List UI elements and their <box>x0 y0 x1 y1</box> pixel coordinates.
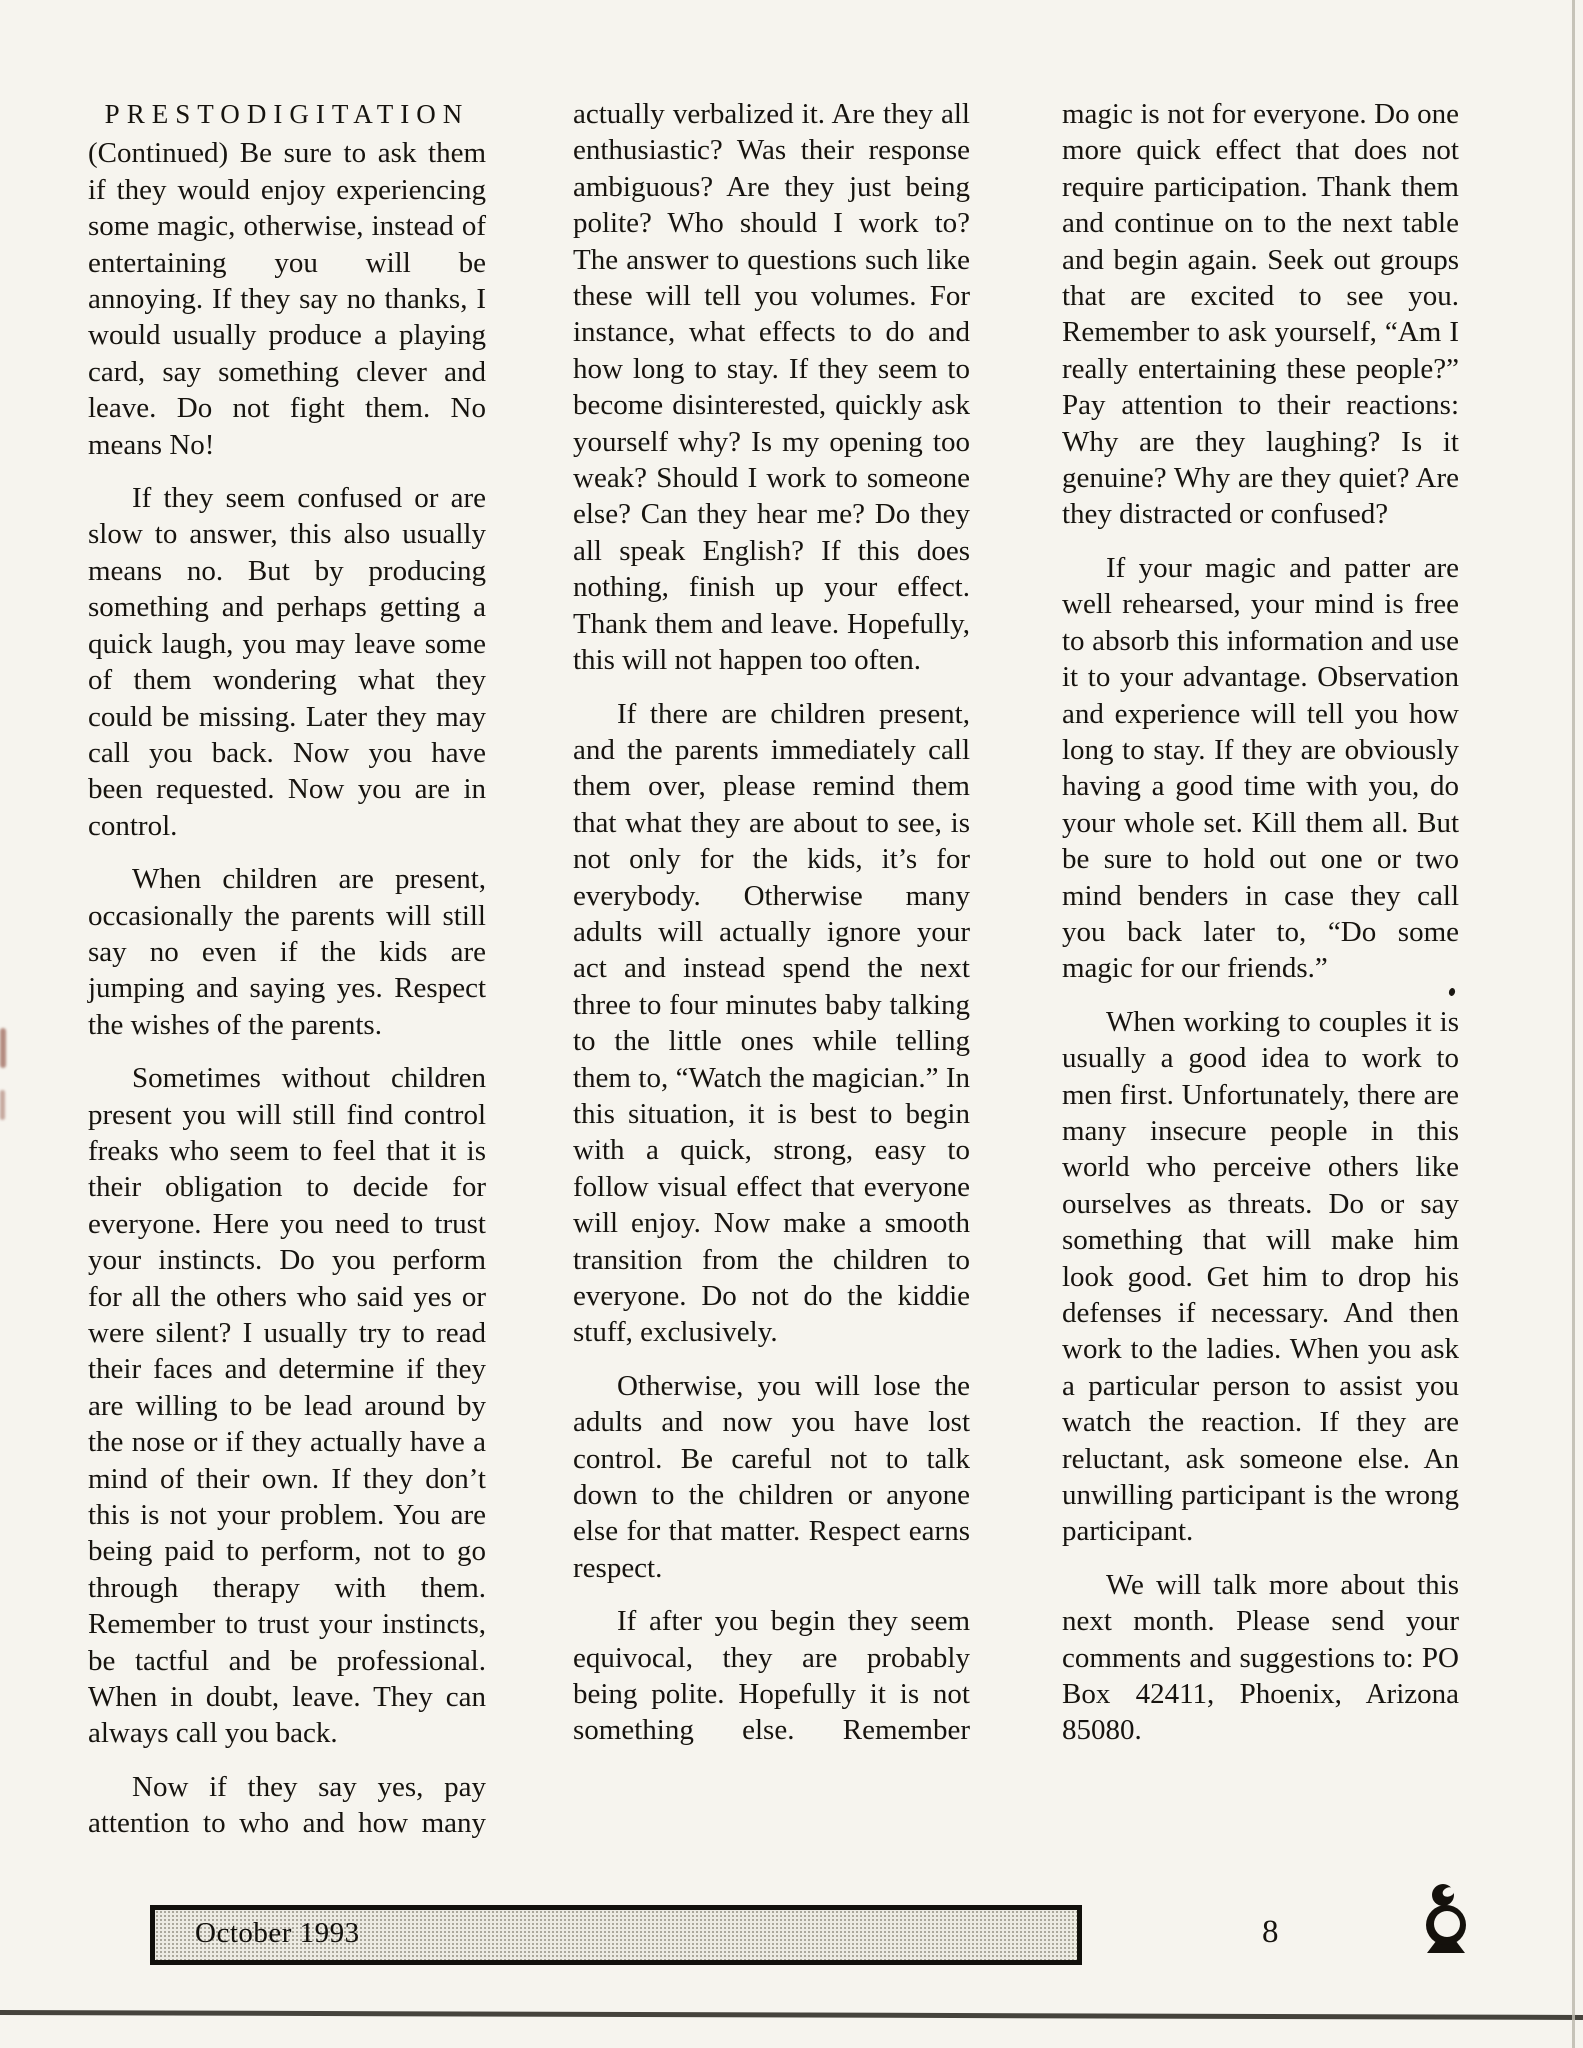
text-column-right: magic is not for everyone. Do one more q… <box>1062 96 1459 1766</box>
paragraph: If your magic and patter are well rehear… <box>1062 550 1459 987</box>
footer-date-box: October 1993 <box>150 1905 1082 1965</box>
paragraph: If there are children present, and the p… <box>573 696 970 1351</box>
scan-right-edge-shadow <box>1572 0 1575 2048</box>
paragraph: We will talk more about this next month.… <box>1062 1567 1459 1749</box>
paragraph: actually verbalized it. Are they all ent… <box>573 96 970 679</box>
page-title: PRESTODIGITATION <box>88 96 486 132</box>
column-middle-paragraphs: actually verbalized it. Are they all ent… <box>573 96 970 1749</box>
paragraph: (Continued) Be sure to ask them if they … <box>88 135 486 463</box>
scan-left-edge-smudge <box>0 1090 5 1120</box>
scan-left-edge-smudge <box>0 1028 6 1068</box>
paragraph: Sometimes without children present you w… <box>88 1060 486 1752</box>
footer-issue-date: October 1993 <box>195 1917 360 1950</box>
paragraph: magic is not for everyone. Do one more q… <box>1062 96 1459 533</box>
paragraph: If after you begin they seem equivocal, … <box>573 1603 970 1749</box>
scan-bottom-edge-line <box>0 2010 1583 2020</box>
paragraph: Otherwise, you will lose the adults and … <box>573 1368 970 1586</box>
column-left-paragraphs: (Continued) Be sure to ask them if they … <box>88 135 486 1841</box>
paragraph: If they seem confused or are slow to ans… <box>88 480 486 844</box>
page-number: 8 <box>1262 1914 1279 1951</box>
scanned-newsletter-page: PRESTODIGITATION (Continued) Be sure to … <box>0 0 1583 2048</box>
paragraph: Now if they say yes, pay attention to wh… <box>88 1769 486 1842</box>
text-column-left: PRESTODIGITATION (Continued) Be sure to … <box>88 96 486 1859</box>
penguin-icon <box>1422 1882 1470 1958</box>
paragraph: When working to couples it is usually a … <box>1062 1004 1459 1550</box>
column-right-paragraphs: magic is not for everyone. Do one more q… <box>1062 96 1459 1749</box>
text-column-middle: actually verbalized it. Are they all ent… <box>573 96 970 1766</box>
paragraph: When children are present, occasionally … <box>88 861 486 1043</box>
